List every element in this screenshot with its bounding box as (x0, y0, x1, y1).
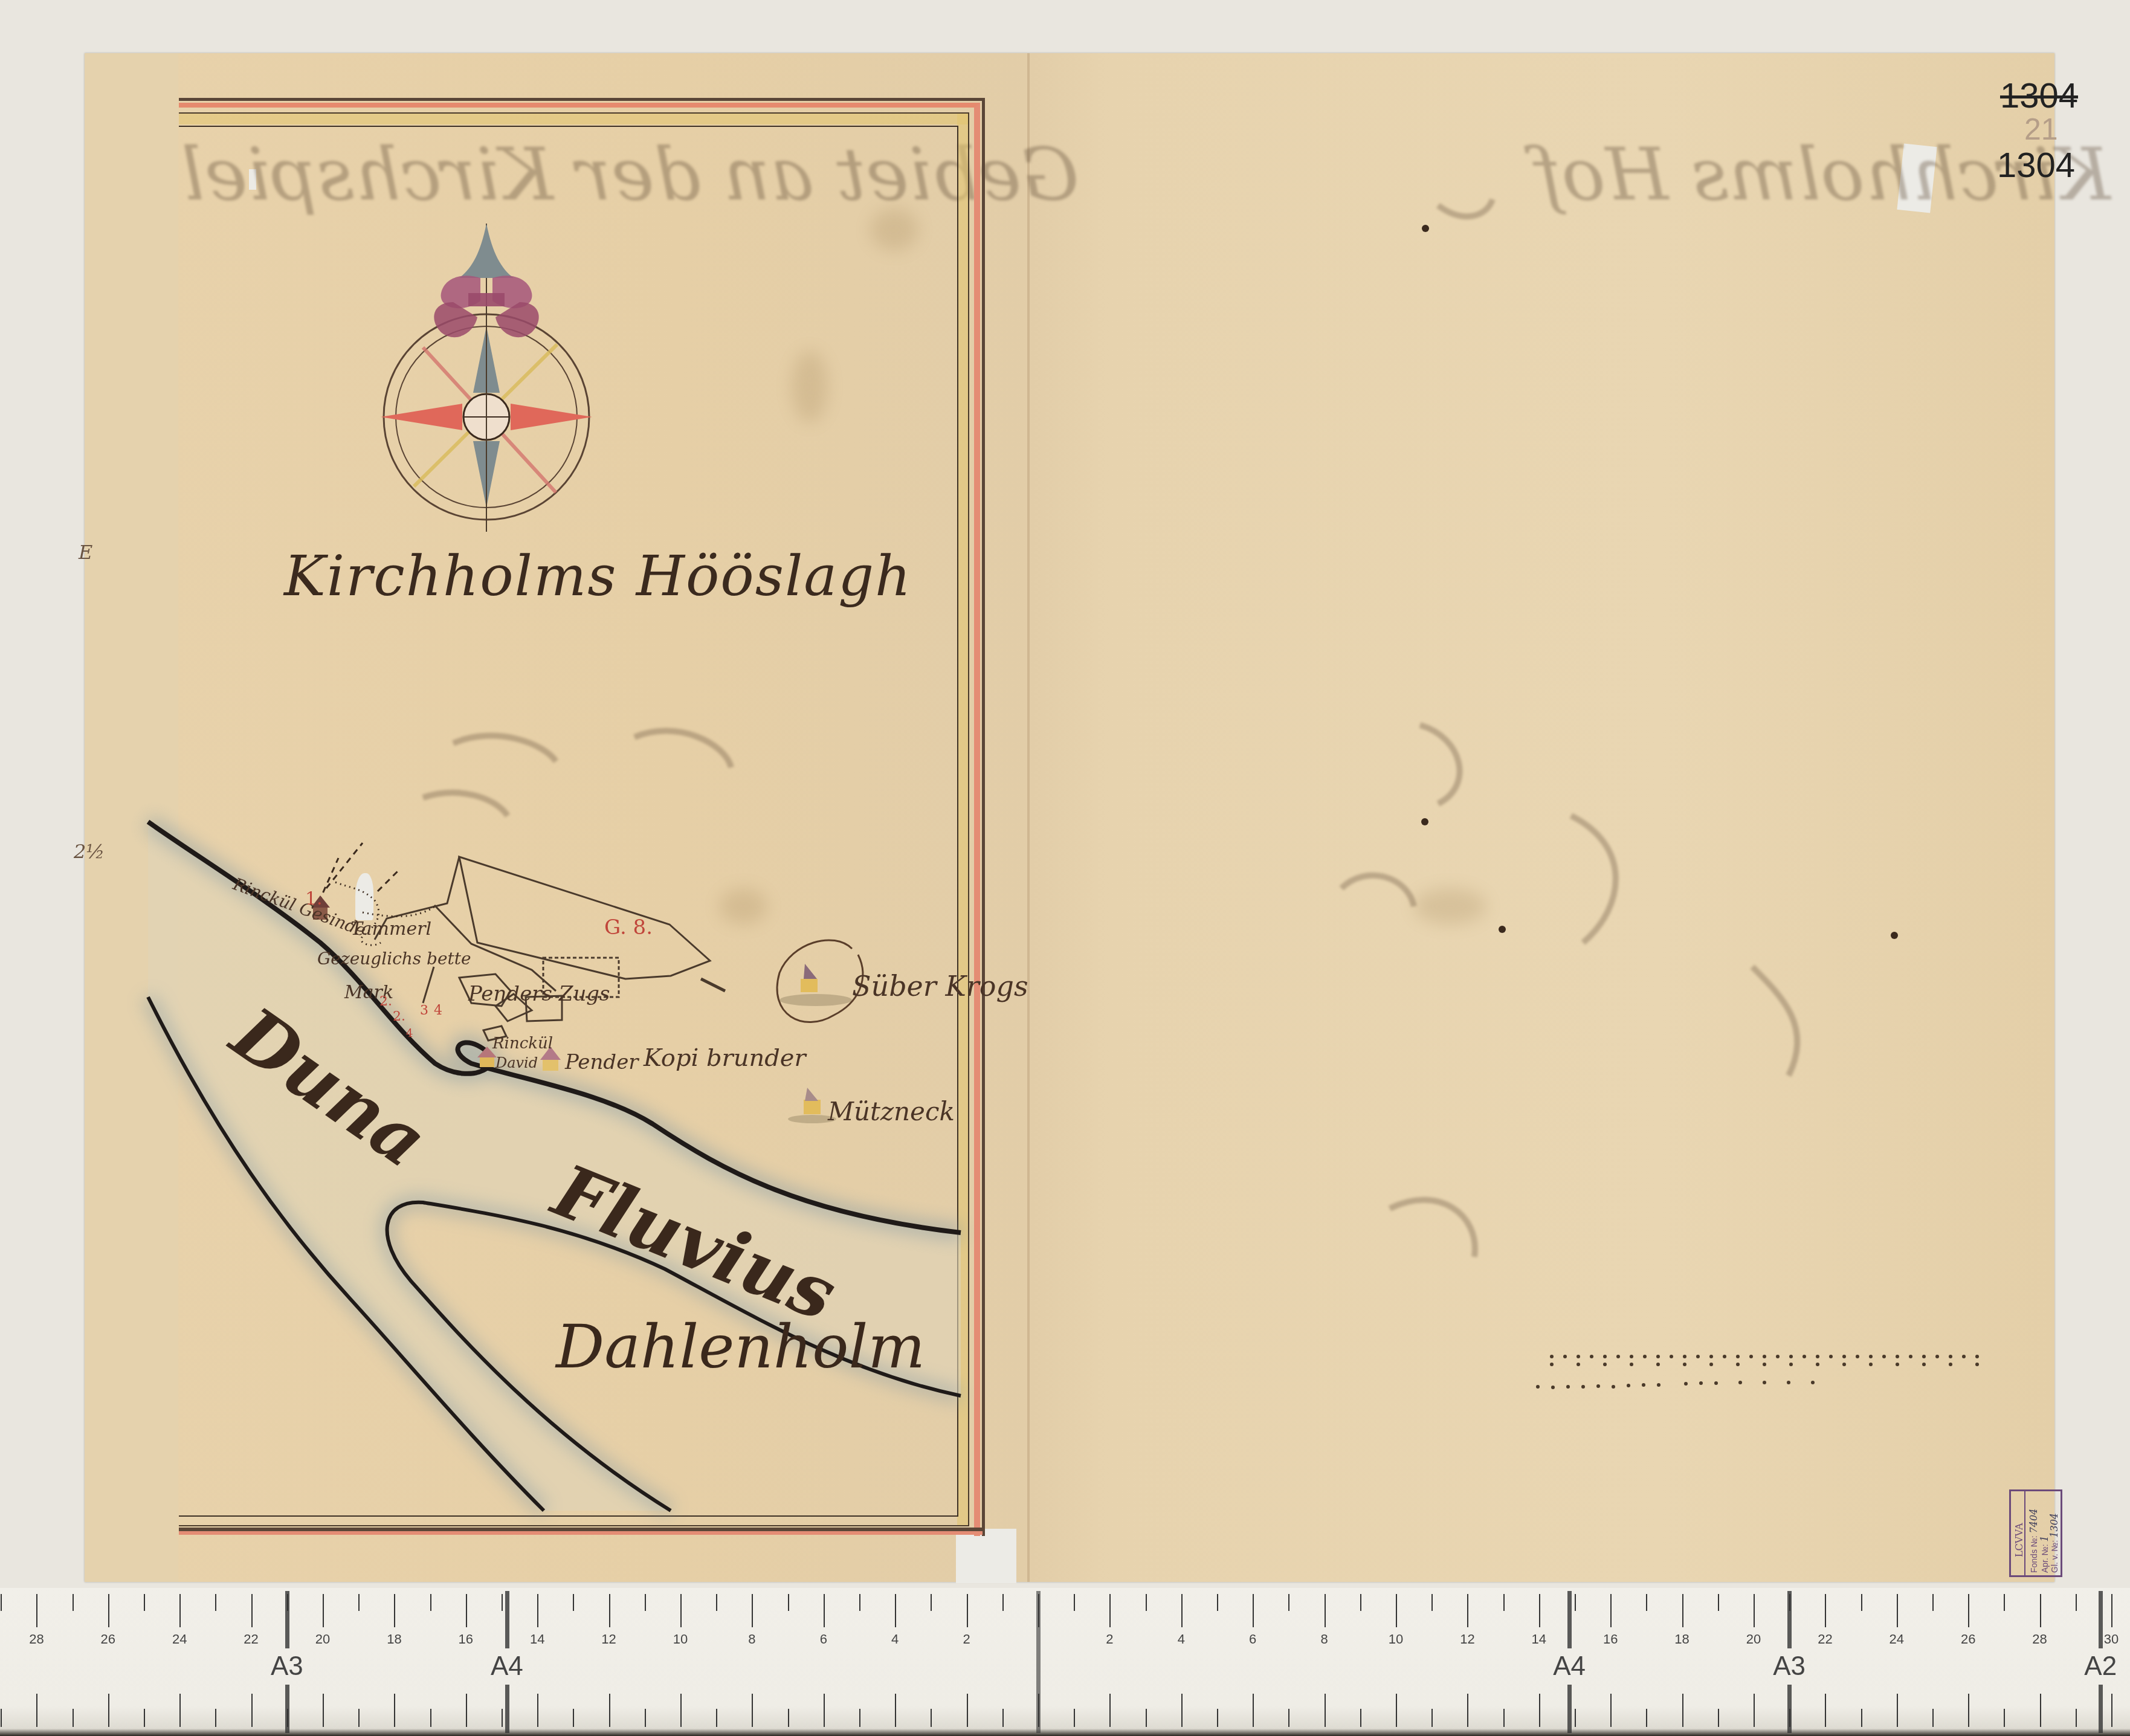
ruler-number: 8 (1320, 1631, 1328, 1647)
verso-dots (1536, 1355, 1979, 1389)
place-label-rinckul: Rinckül (492, 1034, 553, 1053)
ruler-tick (1325, 1694, 1326, 1727)
ruler-tick (2076, 1709, 2077, 1727)
ruler-number: 16 (459, 1631, 473, 1647)
ruler-tick (1002, 1709, 1004, 1727)
ruler-tick (394, 1594, 395, 1627)
ruler-number: 22 (244, 1631, 258, 1647)
ruler-tick (1575, 1594, 1576, 1611)
ruler-tick (1754, 1694, 1755, 1727)
parcel-number: 4 (406, 1027, 413, 1040)
ruler-number: 24 (1890, 1631, 1904, 1647)
ruler-number: 12 (1460, 1631, 1474, 1647)
ruler-tick (1217, 1594, 1218, 1611)
ruler-tick (2111, 1594, 2112, 1627)
ruler-number: 18 (1674, 1631, 1689, 1647)
ruler-number: 6 (1249, 1631, 1256, 1647)
ruler-tick (1181, 1694, 1183, 1727)
ruler-tick (179, 1694, 181, 1727)
place-label-suber-krogs: Süber Krogs (852, 970, 1028, 1002)
ruler-tick (1431, 1594, 1433, 1611)
ruler-number: 30 (2104, 1631, 2119, 1647)
ruler-tick (1002, 1594, 1004, 1611)
ruler-tick (2040, 1594, 2041, 1627)
ruler-tick (144, 1594, 145, 1611)
paper-size-marker (285, 1591, 289, 1648)
ruler-number: 14 (1532, 1631, 1546, 1647)
ruler-tick (1360, 1594, 1361, 1611)
ruler-tick (1968, 1594, 1969, 1627)
ruler-tick (1146, 1709, 1147, 1727)
dashed-boundaries (314, 843, 399, 912)
ruler-tick (573, 1709, 574, 1727)
ruler-tick (1825, 1694, 1826, 1727)
ruler-number: 20 (315, 1631, 330, 1647)
ruler-tick (1646, 1709, 1647, 1727)
place-label-pender: Pender (565, 1050, 639, 1074)
ruler-tick (323, 1594, 324, 1627)
ruler-tick (1, 1709, 2, 1727)
ruler-tick (859, 1709, 860, 1727)
ruler-tick (609, 1594, 610, 1627)
ruler-tick (1253, 1594, 1254, 1627)
ruler-tick (430, 1709, 431, 1727)
ruler-tick (537, 1594, 538, 1627)
place-label-gezeuglich: Gezeuglichs bette (317, 949, 471, 969)
ruler-tick (1575, 1709, 1576, 1727)
ruler-tick (645, 1594, 646, 1611)
parcel-number: 2. (393, 1009, 405, 1024)
ruler-tick (680, 1594, 682, 1627)
place-label-mutzneck: Mützneck (828, 1097, 955, 1126)
ruler-tick (108, 1594, 109, 1627)
folio-number: 1304 (1997, 145, 2075, 186)
ruler-tick (1396, 1594, 1397, 1627)
ruler-number: 6 (820, 1631, 827, 1647)
paper-size-marker (1787, 1591, 1792, 1648)
ruler-tick (2040, 1694, 2041, 1727)
stamp-institution: LCVVA (2013, 1523, 2025, 1557)
ruler-tick (323, 1694, 324, 1727)
ruler-tick (967, 1694, 968, 1727)
place-label-tammerl: Tammerl (350, 918, 431, 940)
ruler-number: 24 (172, 1631, 187, 1647)
stamp-fonds-value: 7404 (2028, 1509, 2039, 1534)
ruler-tick (1932, 1594, 1934, 1611)
verso-ghost-flourishes (423, 199, 1798, 1257)
ruler-tick (1861, 1709, 1862, 1727)
ruler-tick (1718, 1594, 1719, 1611)
ruler-tick (430, 1594, 431, 1611)
ruler-zero-line (1036, 1591, 1041, 1733)
place-label-kopi-brunder: Kopi brunder (644, 1044, 806, 1072)
stamp-fonds-label: Fonds №: (2029, 1535, 2039, 1573)
ruler-tick (716, 1594, 717, 1611)
ruler-tick (1610, 1694, 1612, 1727)
ruler-tick (36, 1694, 37, 1727)
ruler-tick (1682, 1694, 1683, 1727)
ruler-tick (609, 1694, 610, 1727)
ruler-tick (358, 1709, 360, 1727)
ruler-number: 26 (1961, 1631, 1975, 1647)
ruler-number: 22 (1818, 1631, 1832, 1647)
ruler-tick (1682, 1594, 1683, 1627)
ruler-tick (1503, 1594, 1505, 1611)
ruler-tick (1396, 1694, 1397, 1727)
ruler-number: 28 (29, 1631, 44, 1647)
folio-number-pencil: 21 (2024, 112, 2058, 147)
paper-size-label: A4 (1553, 1651, 1586, 1682)
ruler-tick (1074, 1709, 1075, 1727)
ruler-tick (931, 1709, 932, 1727)
ruler-tick (2076, 1594, 2077, 1611)
ruler-tick (1932, 1709, 1934, 1727)
ruler-tick (1, 1594, 2, 1611)
paper-size-label: A3 (271, 1651, 303, 1682)
ruler-number: 18 (387, 1631, 401, 1647)
ruler-tick (1288, 1594, 1289, 1611)
ruler-number: 10 (1389, 1631, 1403, 1647)
paper-size-label: A2 (2084, 1651, 2117, 1682)
paper-size-marker (1567, 1591, 1572, 1648)
ruler-number: 12 (601, 1631, 616, 1647)
map-title: Kirchholms Hööslagh (284, 544, 912, 608)
paper-size-marker (1567, 1685, 1572, 1733)
ruler-tick (108, 1694, 109, 1727)
ruler-tick (73, 1594, 74, 1611)
ruler-number: 2 (1106, 1631, 1113, 1647)
ruler-tick (752, 1694, 753, 1727)
ruler-tick (895, 1694, 896, 1727)
ruler-tick (215, 1594, 216, 1611)
ruler-tick (36, 1594, 37, 1627)
ruler-tick (824, 1594, 825, 1627)
ruler-tick (1109, 1594, 1111, 1627)
ruler-tick (859, 1594, 860, 1611)
ruler-number: 26 (101, 1631, 115, 1647)
paper-size-marker (2099, 1685, 2103, 1733)
parcel-number: 4 (434, 1003, 442, 1018)
ruler-tick (1861, 1594, 1862, 1611)
ruler-tick (179, 1594, 181, 1627)
place-label-penders-zugs: Penders Zugs (468, 982, 610, 1006)
stamp-glv-label: Gl. v. №: (2050, 1540, 2059, 1573)
place-label-david: David (495, 1054, 538, 1071)
ruler-tick (824, 1694, 825, 1727)
ruler-tick (1467, 1694, 1468, 1727)
folio-number-crossed: 1304 (2000, 76, 2078, 116)
ruler-tick (1253, 1694, 1254, 1727)
ruler-tick (1539, 1594, 1540, 1627)
ruler-tick (251, 1694, 253, 1727)
ruler-tick (2111, 1694, 2112, 1727)
ruler-number: 10 (673, 1631, 688, 1647)
ruler-tick (466, 1594, 467, 1627)
ruler-tick (1897, 1694, 1898, 1727)
parcel-number: 1. (305, 888, 323, 909)
ruler-tick (502, 1594, 503, 1611)
ruler-tick (537, 1694, 538, 1727)
ruler-tick (1181, 1594, 1183, 1627)
building-suber-krog (779, 964, 852, 1006)
ruler-number: 8 (748, 1631, 755, 1647)
island-label-dahlenholm: Dahlenholm (556, 1311, 925, 1382)
margin-mark-e: E (79, 541, 92, 564)
ruler-tick (1825, 1594, 1826, 1627)
ruler-tick (251, 1594, 253, 1627)
ruler-tick (502, 1709, 503, 1727)
paper-size-marker (285, 1685, 289, 1733)
ruler-tick (215, 1709, 216, 1727)
stamp-glv-row: Gl. v. №: 1304 (2048, 1513, 2060, 1573)
ink-dots (1421, 225, 1898, 939)
ruler-tick (967, 1594, 968, 1627)
ruler-tick (144, 1709, 145, 1727)
ruler-number: 14 (530, 1631, 544, 1647)
ruler-tick (788, 1709, 789, 1727)
ruler-tick (1503, 1709, 1505, 1727)
ruler-tick (680, 1694, 682, 1727)
ruler-tick (358, 1594, 360, 1611)
ruler-tick (1610, 1594, 1612, 1627)
ruler-tick (716, 1709, 717, 1727)
paper-size-label: A3 (1773, 1651, 1806, 1682)
ruler-number: 20 (1746, 1631, 1761, 1647)
suber-krogs-flourish (777, 940, 863, 1022)
ruler-tick (2004, 1594, 2005, 1611)
ruler-tick (1968, 1694, 1969, 1727)
ruler-tick (1897, 1594, 1898, 1627)
ruler-number: 4 (891, 1631, 899, 1647)
ruler-tick (394, 1694, 395, 1727)
ruler-number: 16 (1603, 1631, 1618, 1647)
ruler-tick (645, 1709, 646, 1727)
paper-size-marker (2099, 1591, 2103, 1648)
paper-size-marker (505, 1685, 509, 1733)
ruler-tick (1074, 1594, 1075, 1611)
ruler-tick (1539, 1694, 1540, 1727)
ruler-number: 28 (2032, 1631, 2047, 1647)
ruler-tick (1754, 1594, 1755, 1627)
river-duna (148, 822, 961, 1511)
ruler-tick (2004, 1709, 2005, 1727)
ruler-tick (1288, 1709, 1289, 1727)
margin-mark-two-half: 2½ (74, 840, 105, 863)
ruler-tick (1360, 1709, 1361, 1727)
ruler-number: 2 (963, 1631, 970, 1647)
ruler-tick (466, 1694, 467, 1727)
ruler-tick (1718, 1709, 1719, 1727)
ruler-tick (1325, 1594, 1326, 1627)
parcel-label-g8: G. 8. (604, 915, 653, 940)
ruler-tick (573, 1594, 574, 1611)
ruler-number: 4 (1178, 1631, 1185, 1647)
ruler-tick (1146, 1594, 1147, 1611)
map-drawing (0, 0, 2130, 1736)
ruler-tick (788, 1594, 789, 1611)
ruler-tick (752, 1594, 753, 1627)
ruler-tick (931, 1594, 932, 1611)
parcel-number: 3 (420, 1003, 428, 1018)
ruler-tick (895, 1594, 896, 1627)
paper-size-marker (505, 1591, 509, 1648)
paper-size-label: A4 (491, 1651, 523, 1682)
stamp-glv-value: 1304 (2048, 1513, 2060, 1538)
stamp-fonds-row: Fonds №: 7404 (2028, 1509, 2039, 1573)
ruler-tick (1467, 1594, 1468, 1627)
measurement-ruler: 2826242220181614121086422468101214161820… (0, 1588, 2130, 1736)
ruler-tick (73, 1709, 74, 1727)
ruler-tick (1109, 1694, 1111, 1727)
ruler-tick (1431, 1709, 1433, 1727)
ruler-tick (1217, 1709, 1218, 1727)
ruler-tick (1646, 1594, 1647, 1611)
paper-size-marker (1787, 1685, 1792, 1733)
parcel-number: 2. (379, 994, 392, 1009)
archive-stamp: LCVVA Fonds №: 7404 Apr. №: 1 Gl. v. №: … (2009, 1489, 2062, 1577)
